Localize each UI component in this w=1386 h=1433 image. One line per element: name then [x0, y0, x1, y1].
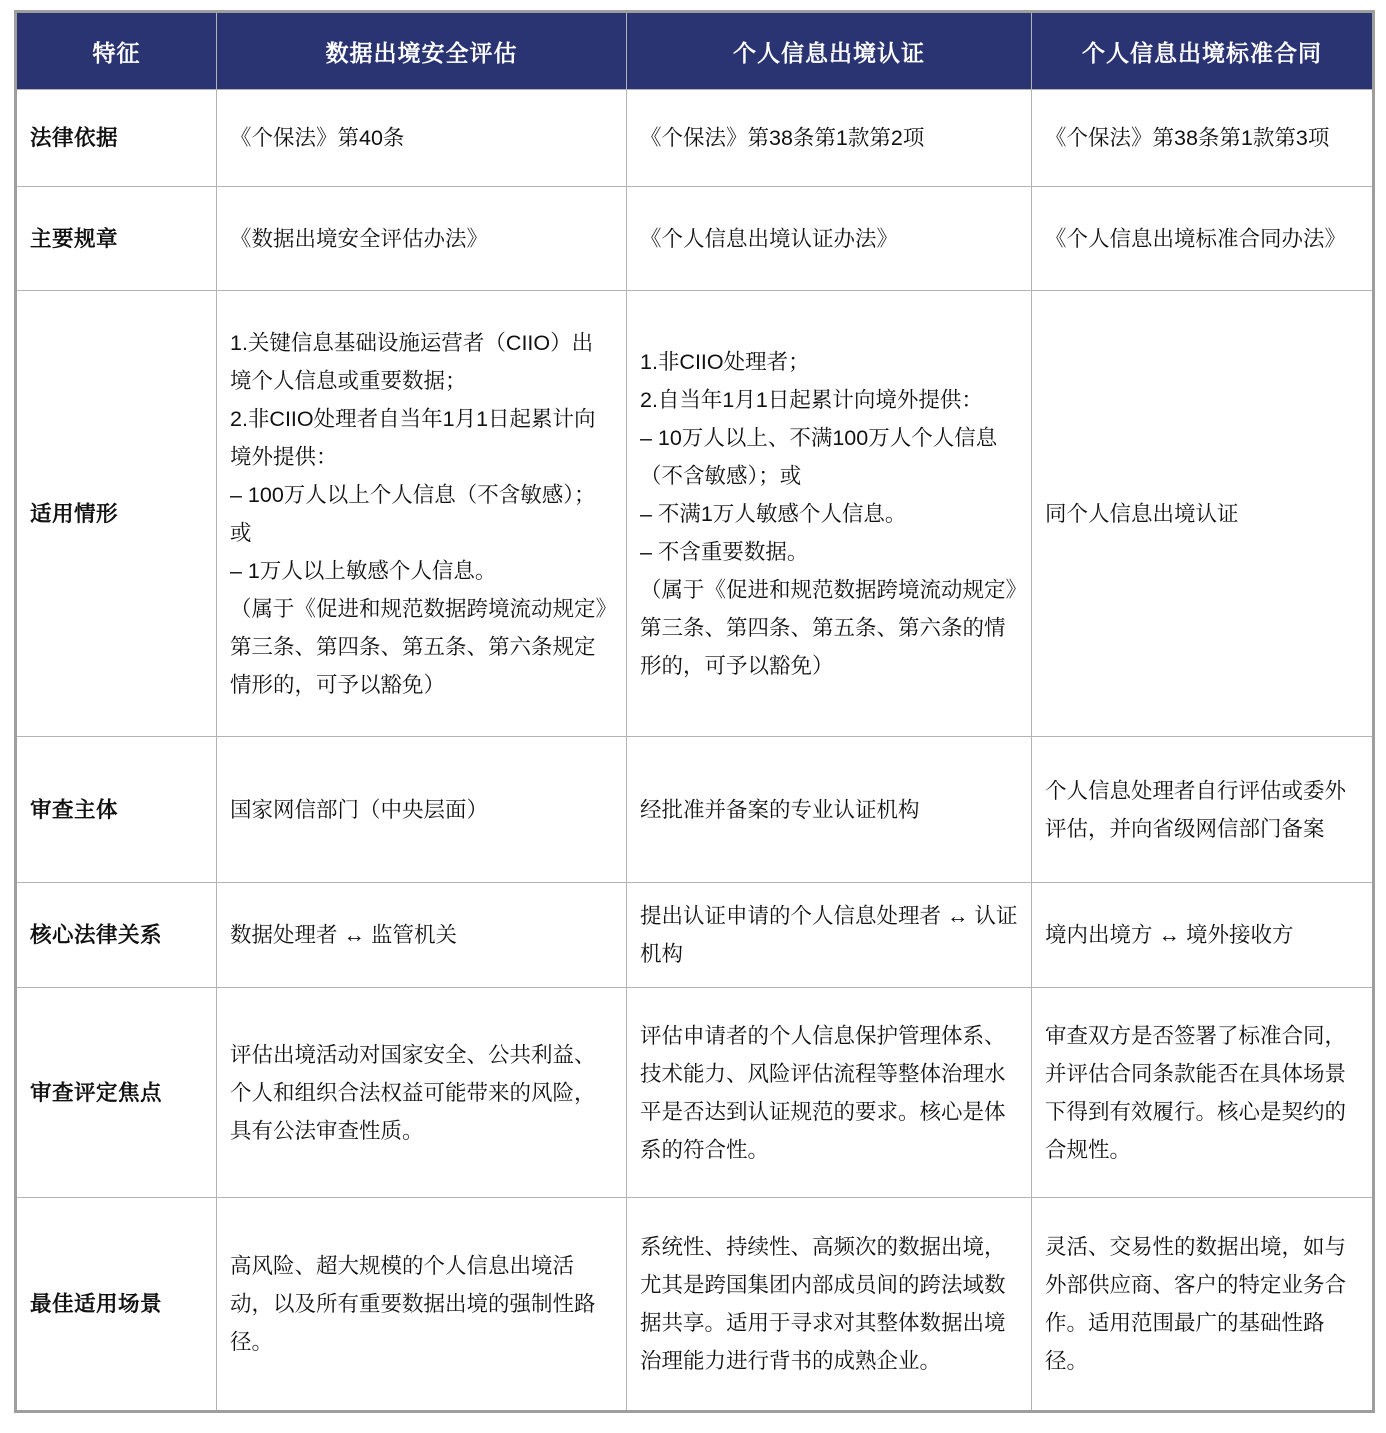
cell-best-scenario-certification: 系统性、持续性、高频次的数据出境，尤其是跨国集团内部成员间的跨法域数据共享。适用… [627, 1198, 1032, 1412]
cell-legal-basis-contract: 《个保法》第38条第1款第3项 [1032, 90, 1374, 187]
cell-review-focus-assessment: 评估出境活动对国家安全、公共利益、个人和组织合法权益可能带来的风险，具有公法审查… [217, 988, 627, 1198]
header-row: 特征 数据出境安全评估 个人信息出境认证 个人信息出境标准合同 [16, 12, 1374, 90]
cell-legal-basis-assessment: 《个保法》第40条 [217, 90, 627, 187]
table-row-review-subject: 审查主体 国家网信部门（中央层面） 经批准并备案的专业认证机构 个人信息处理者自… [16, 737, 1374, 883]
row-label-main-regulation: 主要规章 [16, 187, 217, 291]
row-label-review-focus: 审查评定焦点 [16, 988, 217, 1198]
table-row-best-scenario: 最佳适用场景 高风险、超大规模的个人信息出境活动，以及所有重要数据出境的强制性路… [16, 1198, 1374, 1412]
cell-review-focus-certification: 评估申请者的个人信息保护管理体系、技术能力、风险评估流程等整体治理水平是否达到认… [627, 988, 1032, 1198]
table-row-main-regulation: 主要规章 《数据出境安全评估办法》 《个人信息出境认证办法》 《个人信息出境标准… [16, 187, 1374, 291]
cell-main-regulation-assessment: 《数据出境安全评估办法》 [217, 187, 627, 291]
cell-applicable-scope-contract: 同个人信息出境认证 [1032, 291, 1374, 737]
row-label-applicable-scope: 适用情形 [16, 291, 217, 737]
row-label-best-scenario: 最佳适用场景 [16, 1198, 217, 1412]
row-label-review-subject: 审查主体 [16, 737, 217, 883]
cell-legal-basis-certification: 《个保法》第38条第1款第2项 [627, 90, 1032, 187]
cell-best-scenario-contract: 灵活、交易性的数据出境，如与外部供应商、客户的特定业务合作。适用范围最广的基础性… [1032, 1198, 1374, 1412]
cell-review-focus-contract: 审查双方是否签署了标准合同，并评估合同条款能否在具体场景下得到有效履行。核心是契… [1032, 988, 1374, 1198]
cell-applicable-scope-certification: 1.非CIIO处理者； 2.自当年1月1日起累计向境外提供： – 10万人以上、… [627, 291, 1032, 737]
cell-review-subject-assessment: 国家网信部门（中央层面） [217, 737, 627, 883]
row-label-core-legal-relation: 核心法律关系 [16, 883, 217, 988]
cell-core-legal-relation-contract: 境内出境方 ↔ 境外接收方 [1032, 883, 1374, 988]
cell-core-legal-relation-certification: 提出认证申请的个人信息处理者 ↔ 认证机构 [627, 883, 1032, 988]
header-cell-standard-contract: 个人信息出境标准合同 [1032, 12, 1374, 90]
cell-applicable-scope-assessment: 1.关键信息基础设施运营者（CIIO）出境个人信息或重要数据； 2.非CIIO处… [217, 291, 627, 737]
row-label-legal-basis: 法律依据 [16, 90, 217, 187]
comparison-table: 特征 数据出境安全评估 个人信息出境认证 个人信息出境标准合同 法律依据 《个保… [14, 10, 1375, 1413]
cell-review-subject-certification: 经批准并备案的专业认证机构 [627, 737, 1032, 883]
header-cell-security-assessment: 数据出境安全评估 [217, 12, 627, 90]
cell-core-legal-relation-assessment: 数据处理者 ↔ 监管机关 [217, 883, 627, 988]
table-row-review-focus: 审查评定焦点 评估出境活动对国家安全、公共利益、个人和组织合法权益可能带来的风险… [16, 988, 1374, 1198]
table-row-core-legal-relation: 核心法律关系 数据处理者 ↔ 监管机关 提出认证申请的个人信息处理者 ↔ 认证机… [16, 883, 1374, 988]
table-body: 法律依据 《个保法》第40条 《个保法》第38条第1款第2项 《个保法》第38条… [16, 90, 1374, 1412]
cell-review-subject-contract: 个人信息处理者自行评估或委外评估，并向省级网信部门备案 [1032, 737, 1374, 883]
header-cell-certification: 个人信息出境认证 [627, 12, 1032, 90]
table-header: 特征 数据出境安全评估 个人信息出境认证 个人信息出境标准合同 [16, 12, 1374, 90]
table-row-applicable-scope: 适用情形 1.关键信息基础设施运营者（CIIO）出境个人信息或重要数据； 2.非… [16, 291, 1374, 737]
cell-main-regulation-certification: 《个人信息出境认证办法》 [627, 187, 1032, 291]
page: 特征 数据出境安全评估 个人信息出境认证 个人信息出境标准合同 法律依据 《个保… [0, 0, 1386, 1433]
cell-best-scenario-assessment: 高风险、超大规模的个人信息出境活动，以及所有重要数据出境的强制性路径。 [217, 1198, 627, 1412]
cell-main-regulation-contract: 《个人信息出境标准合同办法》 [1032, 187, 1374, 291]
header-cell-feature: 特征 [16, 12, 217, 90]
table-row-legal-basis: 法律依据 《个保法》第40条 《个保法》第38条第1款第2项 《个保法》第38条… [16, 90, 1374, 187]
